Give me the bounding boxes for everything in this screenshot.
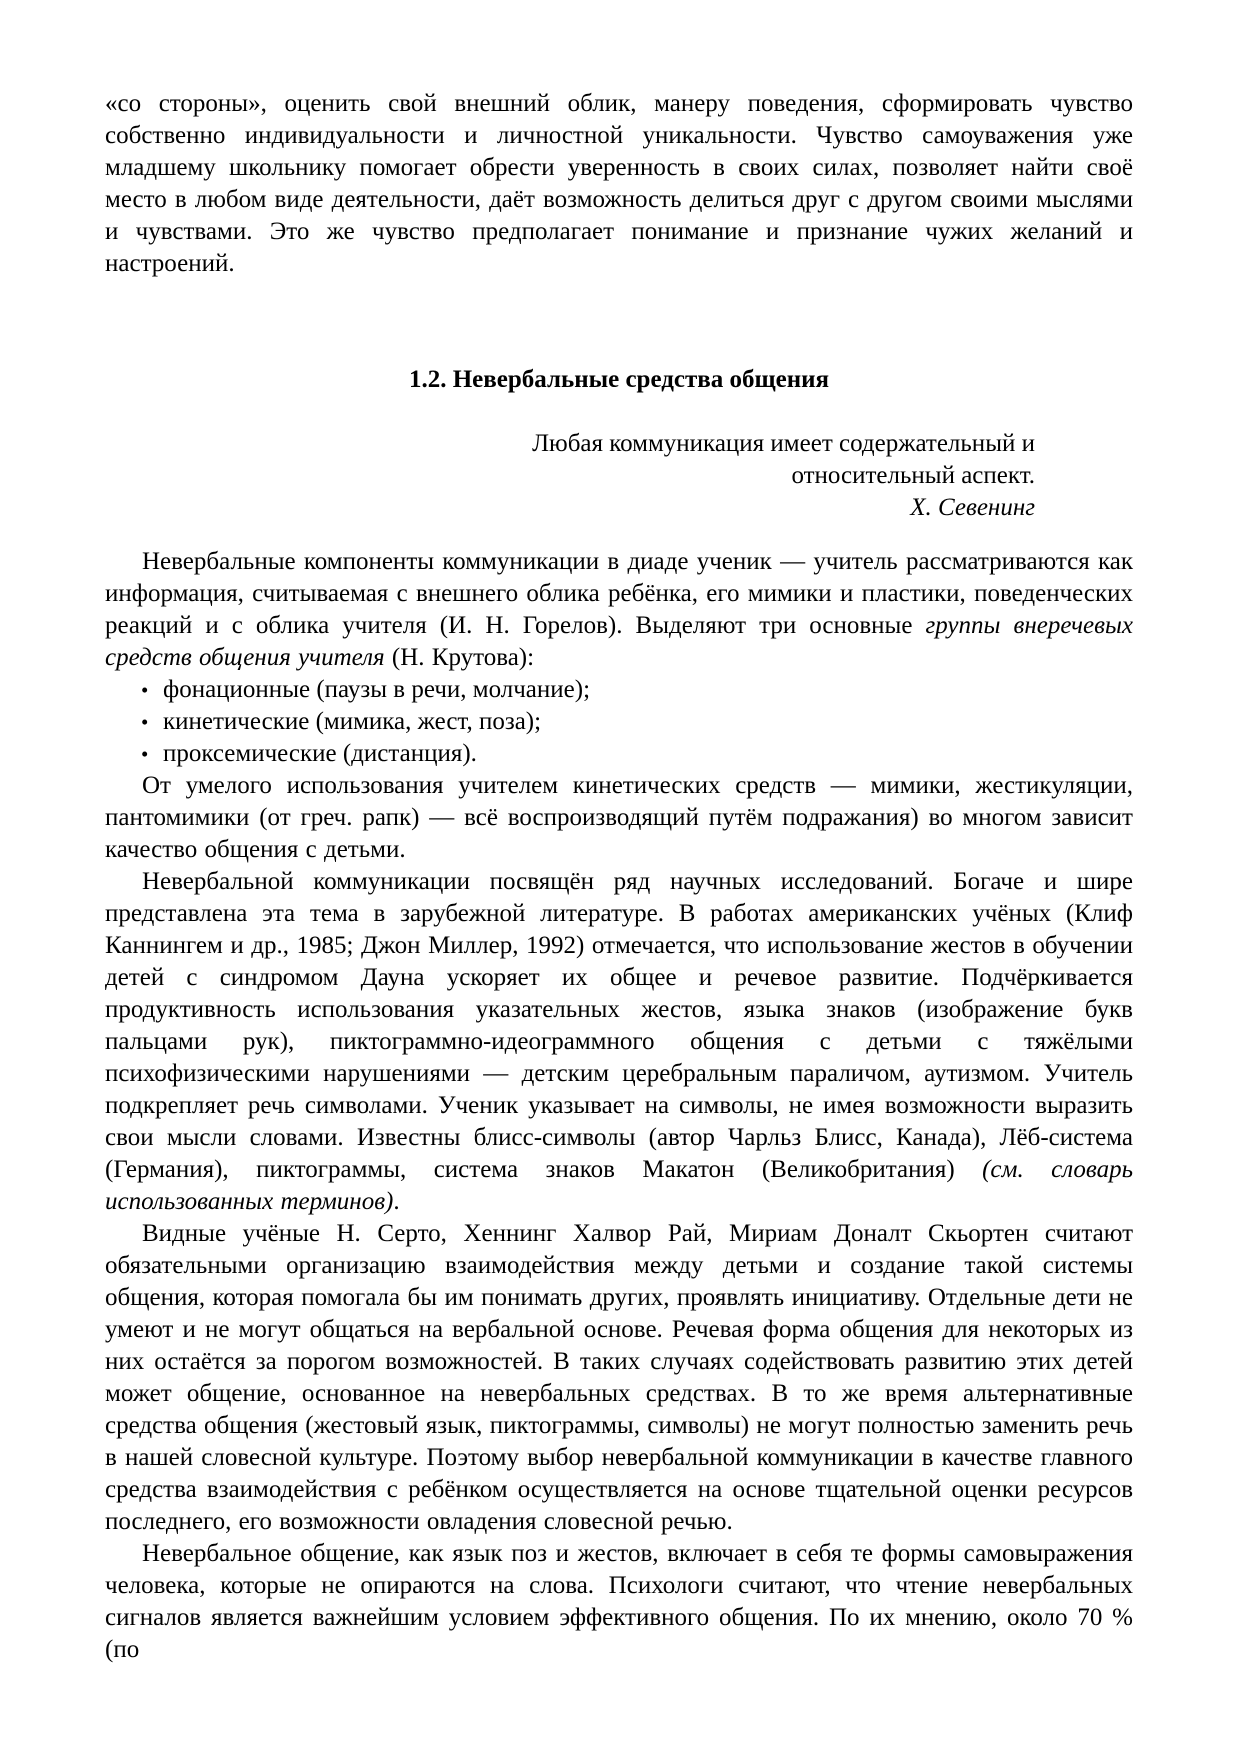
list-item-text: кинетические (мимика, жест, поза);: [163, 708, 541, 735]
list-item: •фонационные (паузы в речи, молчание);: [105, 674, 1133, 706]
text-run: От умелого использования учителем кинети…: [105, 772, 1133, 863]
epigraph-line-1: Любая коммуникация имеет содержательный …: [105, 428, 1035, 460]
epigraph-line-2: относительный аспект.: [105, 460, 1035, 492]
text-run: Видные учёные Н. Серто, Хеннинг Халвор Р…: [105, 1220, 1133, 1535]
section-heading: 1.2. Невербальные средства общения: [105, 364, 1133, 396]
paragraph: От умелого использования учителем кинети…: [105, 770, 1133, 866]
continuation-paragraph: «со стороны», оценить свой внешний облик…: [105, 88, 1133, 280]
text-run: .: [393, 1188, 399, 1215]
document-page: «со стороны», оценить свой внешний облик…: [0, 0, 1241, 1754]
epigraph-author: Х. Севенинг: [105, 492, 1035, 524]
list-item-text: проксемические (дистанция).: [163, 740, 477, 767]
list-item: •кинетические (мимика, жест, поза);: [105, 706, 1133, 738]
list-item-text: фонационные (паузы в речи, молчание);: [163, 676, 590, 703]
bullet-icon: •: [141, 738, 148, 770]
paragraph: Невербальной коммуникации посвящён ряд н…: [105, 866, 1133, 1218]
bullet-icon: •: [141, 706, 148, 738]
list-item: •проксемические (дистанция).: [105, 738, 1133, 770]
text-run: Невербальной коммуникации посвящён ряд н…: [105, 868, 1133, 1183]
epigraph: Любая коммуникация имеет содержательный …: [105, 428, 1035, 524]
bullet-icon: •: [141, 674, 148, 706]
bullet-list: •фонационные (паузы в речи, молчание);•к…: [105, 674, 1133, 770]
paragraph: Видные учёные Н. Серто, Хеннинг Халвор Р…: [105, 1218, 1133, 1538]
text-run: Невербальное общение, как язык поз и жес…: [105, 1540, 1133, 1663]
paragraph: Невербальные компоненты коммуникации в д…: [105, 546, 1133, 674]
text-run: «со стороны», оценить свой внешний облик…: [105, 90, 1133, 277]
paragraph: Невербальное общение, как язык поз и жес…: [105, 1538, 1133, 1666]
text-run: (Н. Крутова):: [385, 644, 534, 671]
body-text: Невербальные компоненты коммуникации в д…: [105, 546, 1133, 1666]
